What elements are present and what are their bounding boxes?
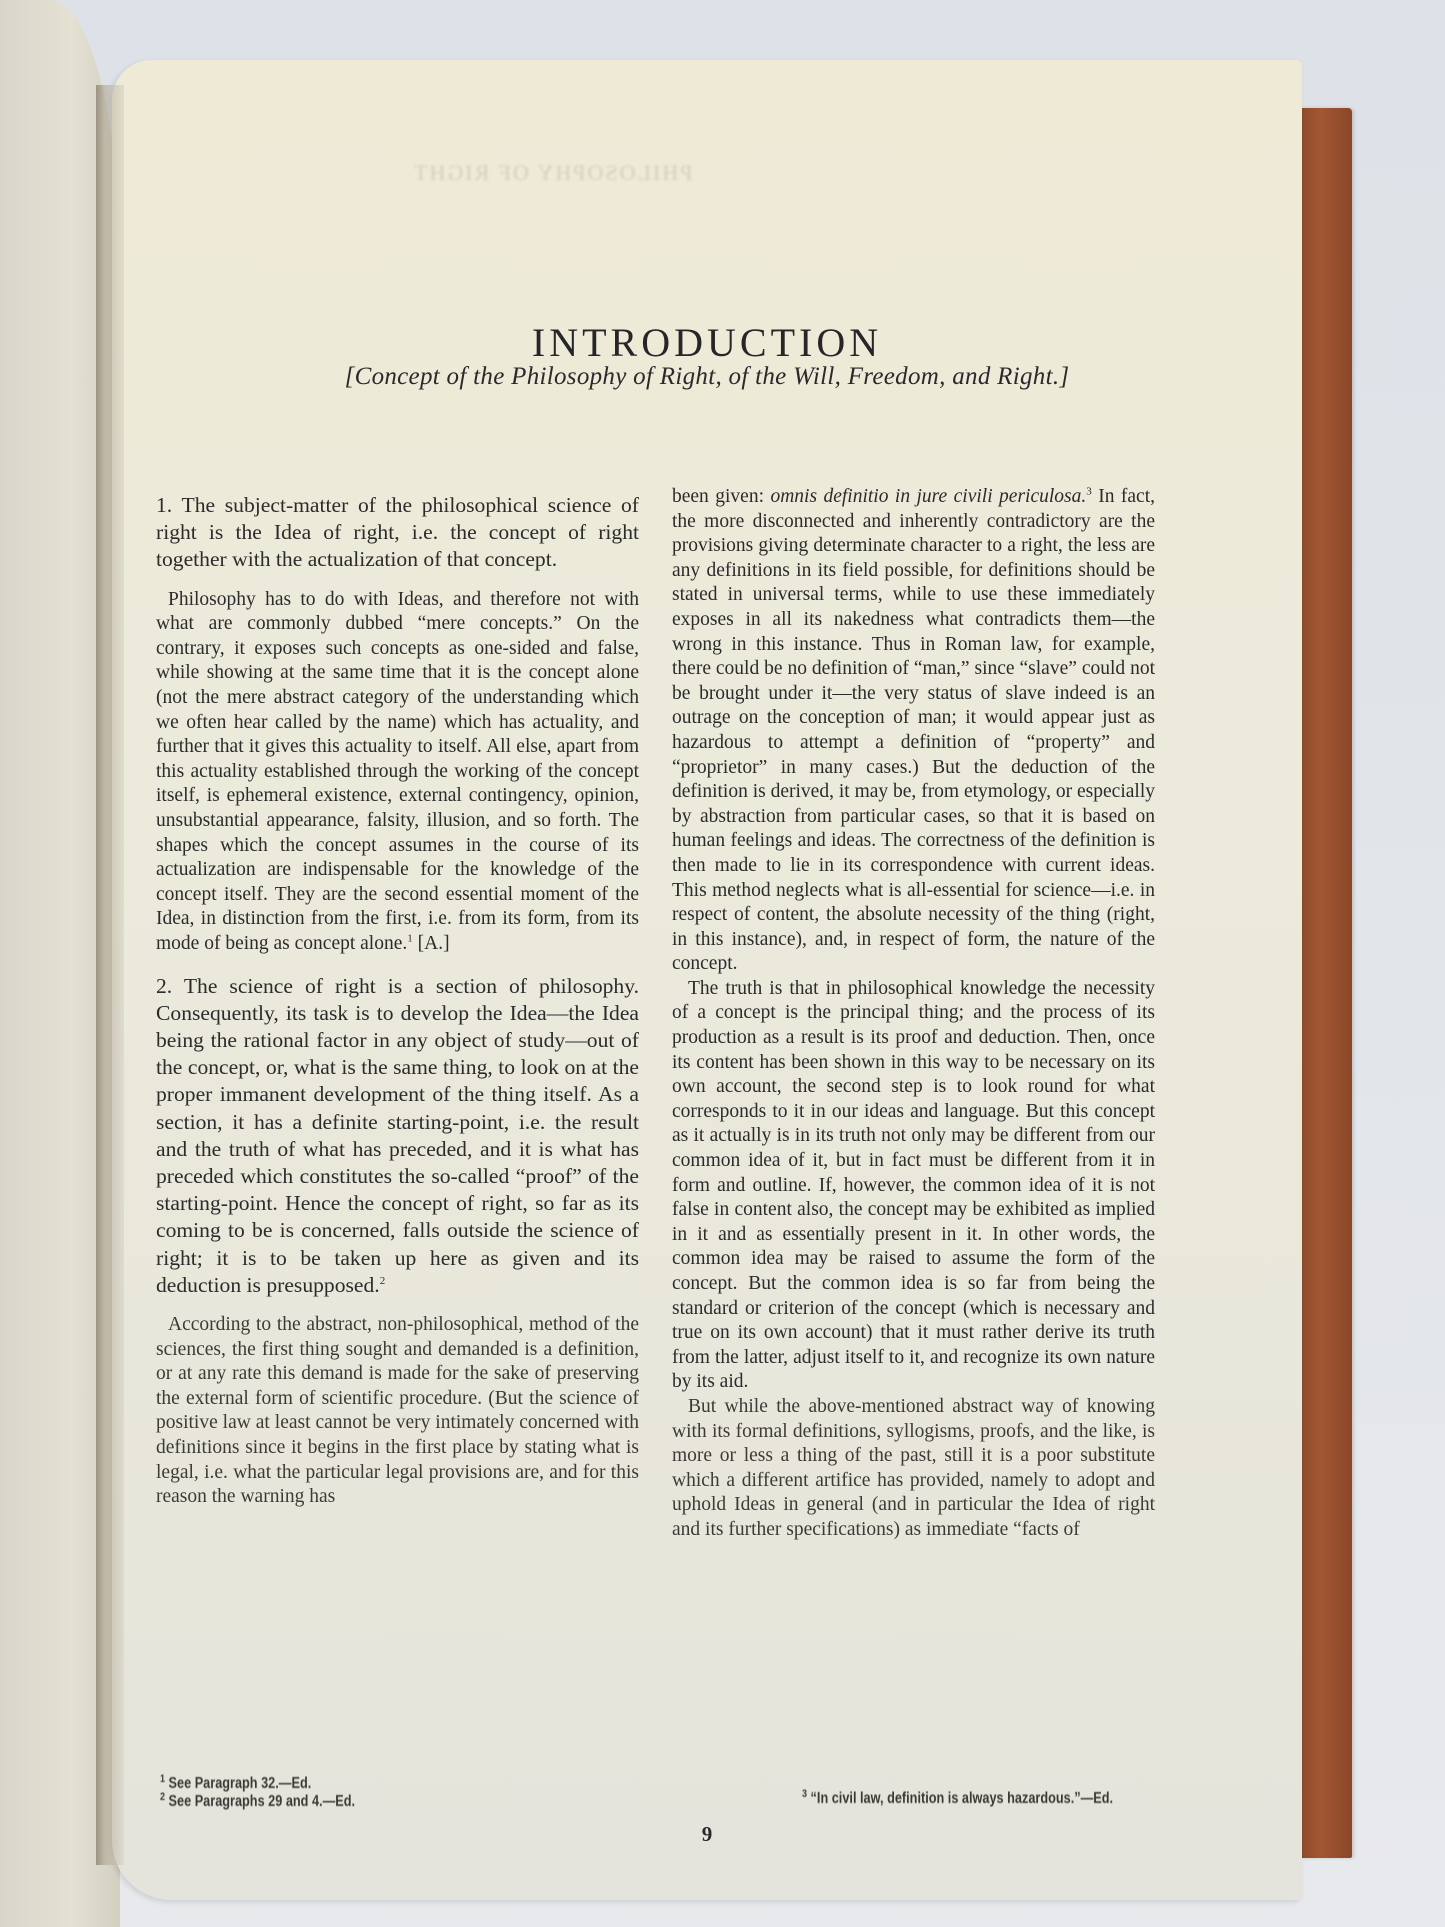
paragraph-2: 2. The science of right is a section of …	[156, 973, 639, 1299]
paragraph-1: 1. The subject-matter of the philosophic…	[156, 492, 639, 574]
book-page: PHILOSOPHY OF RIGHT INTRODUCTION [Concep…	[112, 60, 1302, 1900]
left-column: 1. The subject-matter of the philosophic…	[156, 492, 639, 1526]
footnote-2: 2 See Paragraphs 29 and 4.—Ed.	[160, 1793, 355, 1811]
remark-2: According to the abstract, non-philosoph…	[156, 1313, 639, 1510]
book-cover-edge	[1300, 108, 1352, 1858]
footnotes-left: 1 See Paragraph 32.—Ed. 2 See Paragraphs…	[160, 1775, 355, 1811]
footnote-ref: 3	[1086, 486, 1092, 498]
paragraph-number: 2.	[156, 974, 172, 998]
remark-1: Philosophy has to do with Ideas, and the…	[156, 588, 639, 957]
page-number: 9	[112, 1822, 1302, 1847]
continuation-prefix: been given:	[672, 486, 770, 507]
paragraph-truth: The truth is that in philosophical knowl…	[672, 977, 1155, 1395]
footnote-3: 3 “In civil law, definition is always ha…	[802, 1790, 1113, 1808]
footnote-1: 1 See Paragraph 32.—Ed.	[160, 1775, 355, 1793]
paragraph-text: The science of right is a section of phi…	[156, 974, 639, 1297]
paragraph-but-while: But while the above-mentioned abstract w…	[672, 1395, 1155, 1543]
paragraph-number: 1.	[156, 493, 172, 517]
continuation-text: In fact, the more disconnected and inher…	[672, 486, 1155, 974]
latin-quote: omnis definitio in jure civili periculos…	[770, 486, 1086, 507]
remark-2-continued: been given: omnis definitio in jure civi…	[672, 485, 1155, 977]
addition-marker: [A.]	[418, 933, 450, 954]
chapter-subtitle: [Concept of the Philosophy of Right, of …	[112, 363, 1302, 391]
footnote-ref: 1	[407, 932, 413, 944]
footnote-ref: 2	[380, 1275, 386, 1287]
remark-text: According to the abstract, non-philosoph…	[156, 1314, 639, 1507]
right-column: been given: omnis definitio in jure civi…	[672, 485, 1155, 1543]
chapter-title: INTRODUCTION	[112, 319, 1302, 366]
show-through-running-head: PHILOSOPHY OF RIGHT	[412, 160, 692, 185]
paragraph-text: The subject-matter of the philosophical …	[156, 493, 639, 571]
remark-text: Philosophy has to do with Ideas, and the…	[156, 589, 639, 954]
